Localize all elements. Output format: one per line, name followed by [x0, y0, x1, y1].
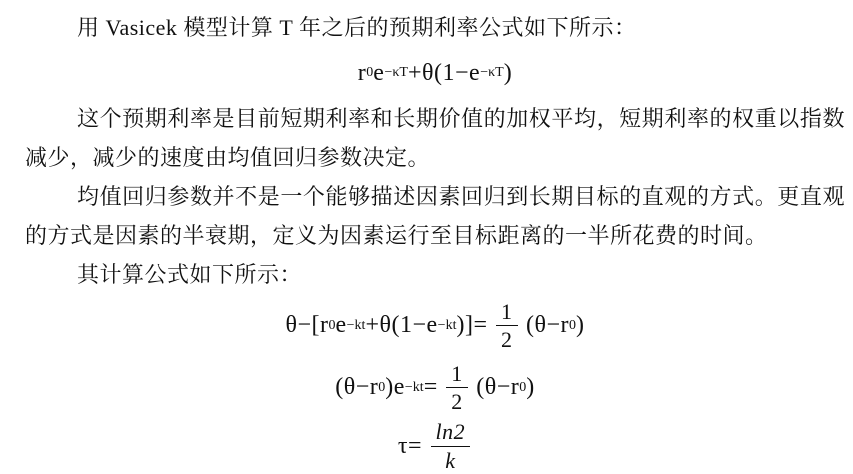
formula-half-life-step2: (θ−r0)e−kt= 12 (θ−r0): [25, 357, 845, 418]
paragraph-weighted-average: 这个预期利率是目前短期利率和长期价值的加权平均，短期利率的权重以指数减少，减少的…: [25, 99, 845, 177]
paragraph-mean-reversion-half-life: 均值回归参数并不是一个能够描述因素回归到长期目标的直观的方式。更直观的方式是因素…: [25, 177, 845, 255]
formula-vasicek-expected-rate: r0e−κT+θ(1−e−κT): [25, 47, 845, 99]
paragraph-formula-intro: 其计算公式如下所示：: [25, 255, 845, 294]
formula-half-life-step1: θ−[r0e−kt+θ(1−e−kt)]= 12 (θ−r0): [25, 294, 845, 357]
paragraph-vasicek-intro: 用 Vasicek 模型计算 T 年之后的预期利率公式如下所示：: [25, 8, 845, 47]
formula-half-life-tau: τ= ln2k: [25, 418, 845, 474]
document-page: 用 Vasicek 模型计算 T 年之后的预期利率公式如下所示： r0e−κT+…: [0, 0, 853, 474]
